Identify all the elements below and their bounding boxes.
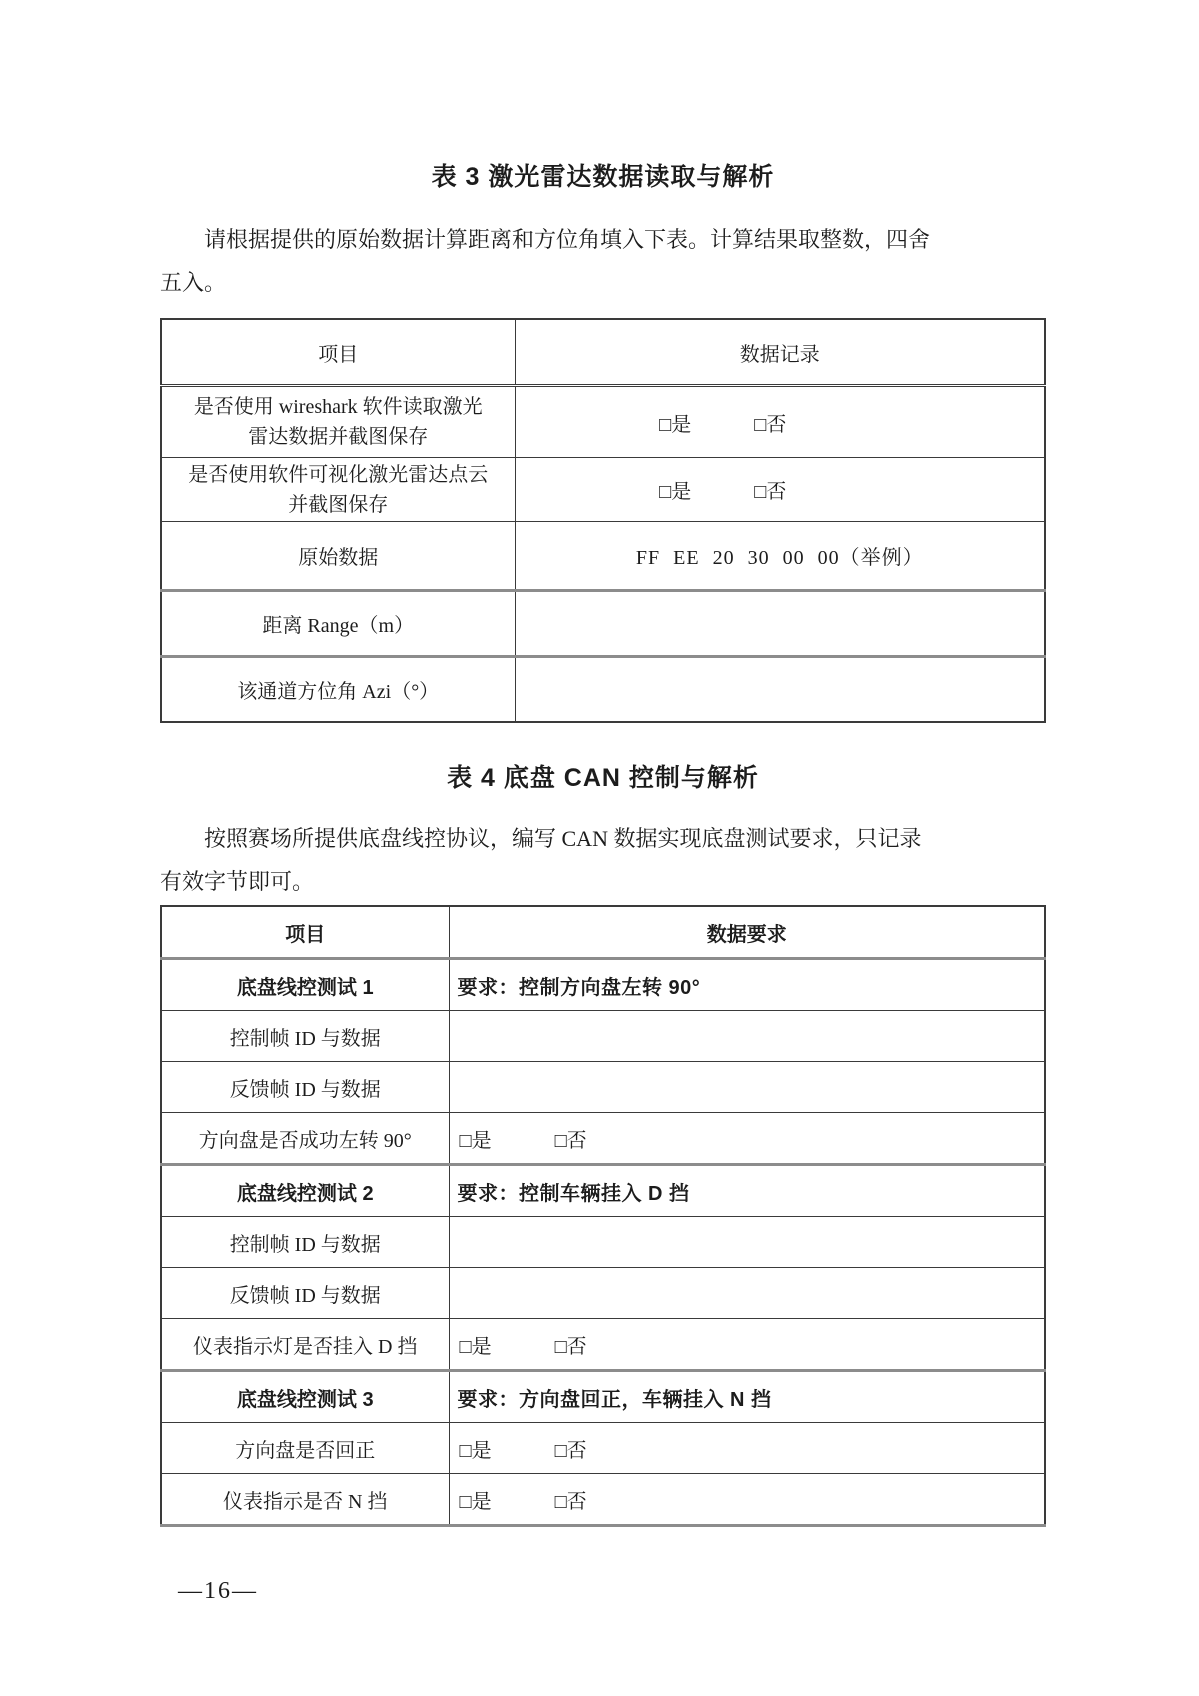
checkbox-yes[interactable]: □是 [460,1434,492,1463]
table3-value-rawdata: FF EE 20 30 00 00（举例） [515,522,1045,591]
table4-item-gear-n-result: 仪表指示是否 N 挡 [161,1474,449,1526]
page-number: —16— [178,1578,258,1605]
document-page: 表 3 激光雷达数据读取与解析 请根据提供的原始数据计算距离和方位角填入下表。计… [0,0,1199,1696]
table4-row-test3: 底盘线控测试 3 要求：方向盘回正，车辆挂入 N 挡 [161,1371,1045,1423]
table4-value-wheel-center-result: □是 □否 [449,1423,1045,1474]
table4-requirement-test3: 要求：方向盘回正，车辆挂入 N 挡 [449,1371,1045,1423]
table4-item-ctrl-frame-1: 控制帧 ID 与数据 [161,1011,449,1062]
table4-row-wheel-center-result: 方向盘是否回正 □是 □否 [161,1423,1045,1474]
document-content: 表 3 激光雷达数据读取与解析 请根据提供的原始数据计算距离和方位角填入下表。计… [160,0,1046,1527]
table3-lidar-data: 项目 数据记录 是否使用 wireshark 软件读取激光 雷达数据并截图保存 … [160,318,1046,723]
table3-title: 表 3 激光雷达数据读取与解析 [160,0,1046,194]
table4-requirement-test1: 要求：控制方向盘左转 90° [449,959,1045,1011]
checkbox-yes[interactable]: □是 [659,408,691,437]
table4-row-ctrl-frame-2: 控制帧 ID 与数据 [161,1217,1045,1268]
table4-value-turn-left-result: □是 □否 [449,1113,1045,1165]
table3-value-wireshark: □是 □否 [515,386,1045,458]
checkbox-no[interactable]: □否 [754,408,786,437]
table3-item-pointcloud: 是否使用软件可视化激光雷达点云 并截图保存 [161,458,515,522]
checkbox-no[interactable]: □否 [555,1124,587,1153]
table3-row-rawdata: 原始数据 FF EE 20 30 00 00（举例） [161,522,1045,591]
table4-intro-paragraph: 按照赛场所提供底盘线控协议，编写 CAN 数据实现底盘测试要求，只记录 有效字节… [160,817,1046,903]
table3-value-pointcloud: □是 □否 [515,458,1045,522]
table4-header-item: 项目 [161,906,449,959]
checkbox-no[interactable]: □否 [754,475,786,504]
table4-row-test2: 底盘线控测试 2 要求：控制车辆挂入 D 挡 [161,1165,1045,1217]
table3-item-rawdata: 原始数据 [161,522,515,591]
table4-row-gear-d-result: 仪表指示灯是否挂入 D 挡 □是 □否 [161,1319,1045,1371]
table4-item-wheel-center-result: 方向盘是否回正 [161,1423,449,1474]
table4-value-gear-d-result: □是 □否 [449,1319,1045,1371]
table4-item-fb-frame-2: 反馈帧 ID 与数据 [161,1268,449,1319]
table4-fill-in-fb-frame-1[interactable] [449,1062,1045,1113]
table4-row-gear-n-result: 仪表指示是否 N 挡 □是 □否 [161,1474,1045,1526]
table4-item-gear-d-result: 仪表指示灯是否挂入 D 挡 [161,1319,449,1371]
checkbox-yes[interactable]: □是 [460,1485,492,1514]
table4-title: 表 4 底盘 CAN 控制与解析 [160,723,1046,795]
checkbox-no[interactable]: □否 [555,1485,587,1514]
table4-row-fb-frame-2: 反馈帧 ID 与数据 [161,1268,1045,1319]
table4-row-turn-left-result: 方向盘是否成功左转 90° □是 □否 [161,1113,1045,1165]
table4-item-turn-left-result: 方向盘是否成功左转 90° [161,1113,449,1165]
table4-can-control: 项目 数据要求 底盘线控测试 1 要求：控制方向盘左转 90° 控制帧 ID 与… [160,905,1046,1527]
table4-row-fb-frame-1: 反馈帧 ID 与数据 [161,1062,1045,1113]
table3-header-record: 数据记录 [515,319,1045,386]
table3-fill-in-range[interactable] [515,591,1045,657]
table4-fill-in-fb-frame-2[interactable] [449,1268,1045,1319]
table3-row-azimuth: 该通道方位角 Azi（°） [161,657,1045,723]
table4-item-test2: 底盘线控测试 2 [161,1165,449,1217]
table3-intro-paragraph: 请根据提供的原始数据计算距离和方位角填入下表。计算结果取整数，四舍 五入。 [160,218,1046,304]
table4-header-requirement: 数据要求 [449,906,1045,959]
table3-row-wireshark: 是否使用 wireshark 软件读取激光 雷达数据并截图保存 □是 □否 [161,386,1045,458]
table4-row-ctrl-frame-1: 控制帧 ID 与数据 [161,1011,1045,1062]
table3-header-item: 项目 [161,319,515,386]
table4-item-test3: 底盘线控测试 3 [161,1371,449,1423]
checkbox-no[interactable]: □否 [555,1330,587,1359]
table4-item-fb-frame-1: 反馈帧 ID 与数据 [161,1062,449,1113]
table3-header-row: 项目 数据记录 [161,319,1045,386]
table4-header-row: 项目 数据要求 [161,906,1045,959]
table3-item-wireshark: 是否使用 wireshark 软件读取激光 雷达数据并截图保存 [161,386,515,458]
table4-item-ctrl-frame-2: 控制帧 ID 与数据 [161,1217,449,1268]
table4-row-test1: 底盘线控测试 1 要求：控制方向盘左转 90° [161,959,1045,1011]
table4-value-gear-n-result: □是 □否 [449,1474,1045,1526]
table4-fill-in-ctrl-frame-1[interactable] [449,1011,1045,1062]
table3-item-azimuth: 该通道方位角 Azi（°） [161,657,515,723]
checkbox-yes[interactable]: □是 [659,475,691,504]
table4-fill-in-ctrl-frame-2[interactable] [449,1217,1045,1268]
table4-item-test1: 底盘线控测试 1 [161,959,449,1011]
checkbox-yes[interactable]: □是 [460,1330,492,1359]
table4-requirement-test2: 要求：控制车辆挂入 D 挡 [449,1165,1045,1217]
table3-item-range: 距离 Range（m） [161,591,515,657]
table3-row-range: 距离 Range（m） [161,591,1045,657]
checkbox-no[interactable]: □否 [555,1434,587,1463]
checkbox-yes[interactable]: □是 [460,1124,492,1153]
table3-fill-in-azimuth[interactable] [515,657,1045,723]
table3-row-pointcloud: 是否使用软件可视化激光雷达点云 并截图保存 □是 □否 [161,458,1045,522]
